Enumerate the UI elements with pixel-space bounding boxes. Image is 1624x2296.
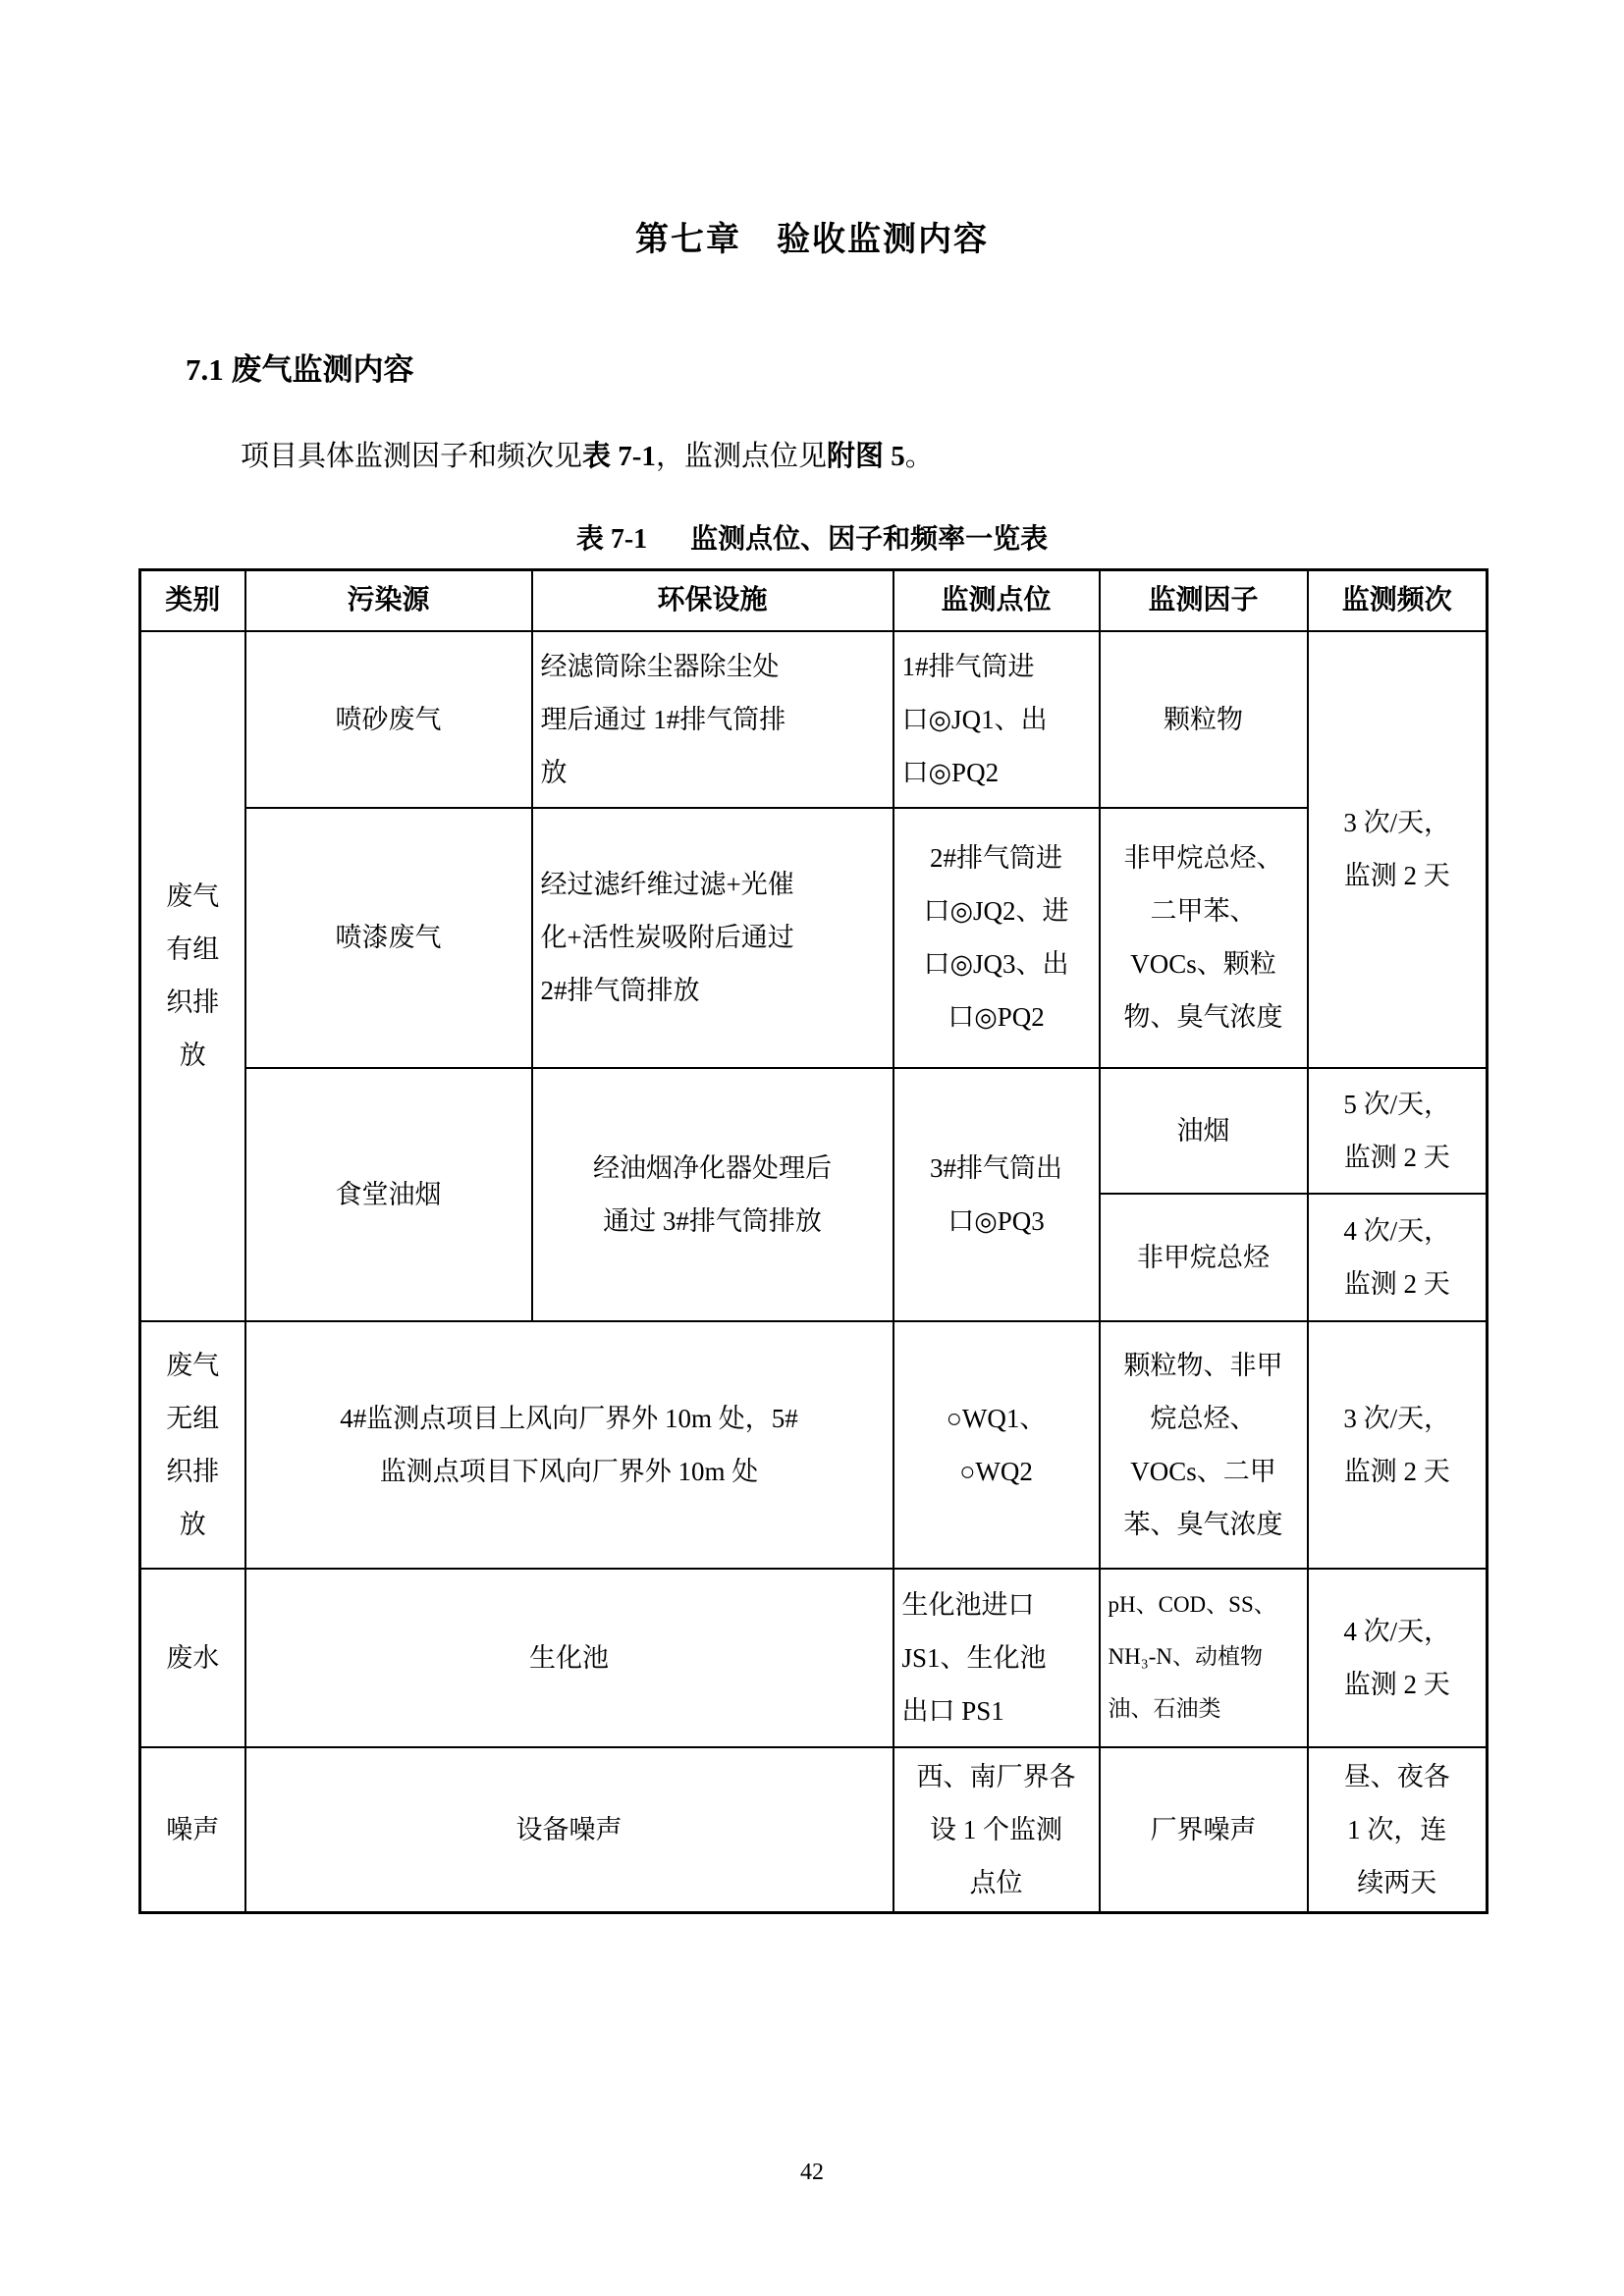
cell-factor-fugitive: 颗粒物、非甲 烷总烃、 VOCs、二甲 苯、臭气浓度 bbox=[1100, 1321, 1308, 1569]
cell-point-stack3: 3#排气筒出 口◎PQ3 bbox=[893, 1068, 1100, 1321]
cell-facility-canteen-fume: 经油烟净化器处理后 通过 3#排气筒排放 bbox=[532, 1068, 893, 1321]
cell-freq-oil-fume: 5 次/天， 监测 2 天 bbox=[1308, 1068, 1488, 1194]
cell-factor-spray-paint: 非甲烷总烃、 二甲苯、 VOCs、颗粒 物、臭气浓度 bbox=[1100, 808, 1308, 1068]
intro-paragraph: 项目具体监测因子和频次见表 7-1，监测点位见附图 5。 bbox=[138, 434, 1486, 474]
cell-point-stack1: 1#排气筒进 口◎JQ1、出 口◎PQ2 bbox=[893, 631, 1100, 808]
cell-category-noise: 噪声 bbox=[140, 1747, 245, 1913]
table-caption-label: 表 7-1 bbox=[576, 524, 647, 555]
page-content: 第七章 验收监测内容 7.1 废气监测内容 项目具体监测因子和频次见表 7-1，… bbox=[138, 0, 1486, 1914]
header-monitor-factor: 监测因子 bbox=[1100, 570, 1308, 631]
cell-source-equipment-noise: 设备噪声 bbox=[245, 1747, 893, 1913]
intro-table-ref: 表 7-1 bbox=[582, 441, 656, 472]
cell-category-wastewater: 废水 bbox=[140, 1569, 245, 1747]
intro-figure-ref: 附图 5 bbox=[827, 441, 905, 472]
cell-source-spray-paint: 喷漆废气 bbox=[245, 808, 532, 1068]
cell-factor-boundary-noise: 厂界噪声 bbox=[1100, 1747, 1308, 1913]
cell-location-fugitive: 4#监测点项目上风向厂界外 10m 处，5# 监测点项目下风向厂界外 10m 处 bbox=[245, 1321, 893, 1569]
header-category: 类别 bbox=[140, 570, 245, 631]
intro-text-mid: ，监测点位见 bbox=[656, 441, 827, 472]
cell-point-stack2: 2#排气筒进 口◎JQ2、进 口◎JQ3、出 口◎PQ2 bbox=[893, 808, 1100, 1068]
intro-text-end: 。 bbox=[905, 441, 934, 472]
cell-facility-spray-paint: 经过滤纤维过滤+光催 化+活性炭吸附后通过 2#排气筒排放 bbox=[532, 808, 893, 1068]
cell-source-biochemical-pool: 生化池 bbox=[245, 1569, 893, 1747]
header-monitor-frequency: 监测频次 bbox=[1308, 570, 1488, 631]
cell-factor-wastewater: pH、COD、SS、 NH₃-N、动植物 油、石油类 bbox=[1100, 1569, 1308, 1747]
chapter-title: 第七章 验收监测内容 bbox=[138, 212, 1486, 260]
cell-point-boundary: 西、南厂界各 设 1 个监测 点位 bbox=[893, 1747, 1100, 1913]
table-header-row: 类别 污染源 环保设施 监测点位 监测因子 监测频次 bbox=[140, 570, 1488, 631]
table-row-spray-paint: 喷漆废气 经过滤纤维过滤+光催 化+活性炭吸附后通过 2#排气筒排放 2#排气筒… bbox=[140, 808, 1488, 1068]
page-number: 42 bbox=[0, 2160, 1624, 2186]
cell-point-wq: ○WQ1、 ○WQ2 bbox=[893, 1321, 1100, 1569]
table-row-sandblast: 废气 有组 织排 放 喷砂废气 经滤筒除尘器除尘处 理后通过 1#排气筒排 放 … bbox=[140, 631, 1488, 808]
table-row-fugitive-gas: 废气 无组 织排 放 4#监测点项目上风向厂界外 10m 处，5# 监测点项目下… bbox=[140, 1321, 1488, 1569]
intro-text-pre: 项目具体监测因子和频次见 bbox=[241, 441, 582, 472]
cell-point-js1-ps1: 生化池进口 JS1、生化池 出口 PS1 bbox=[893, 1569, 1100, 1747]
monitoring-table: 类别 污染源 环保设施 监测点位 监测因子 监测频次 废气 有组 织排 放 喷砂… bbox=[138, 568, 1489, 1914]
table-row-noise: 噪声 设备噪声 西、南厂界各 设 1 个监测 点位 厂界噪声 昼、夜各 1 次，… bbox=[140, 1747, 1488, 1913]
cell-facility-sandblast: 经滤筒除尘器除尘处 理后通过 1#排气筒排 放 bbox=[532, 631, 893, 808]
table-row-wastewater: 废水 生化池 生化池进口 JS1、生化池 出口 PS1 pH、COD、SS、 N… bbox=[140, 1569, 1488, 1747]
document-page: { "page": { "chapter_title": "第七章 验收监测内容… bbox=[0, 0, 1624, 2296]
section-heading: 7.1 废气监测内容 bbox=[138, 345, 1486, 389]
cell-freq-wastewater: 4 次/天， 监测 2 天 bbox=[1308, 1569, 1488, 1747]
header-pollution-source: 污染源 bbox=[245, 570, 532, 631]
cell-factor-particulate: 颗粒物 bbox=[1100, 631, 1308, 808]
cell-freq-nmhc: 4 次/天， 监测 2 天 bbox=[1308, 1194, 1488, 1321]
cell-factor-oil-fume: 油烟 bbox=[1100, 1068, 1308, 1194]
cell-category-fugitive-gas: 废气 无组 织排 放 bbox=[140, 1321, 245, 1569]
cell-category-organized-gas: 废气 有组 织排 放 bbox=[140, 631, 245, 1321]
table-caption-title: 监测点位、因子和频率一览表 bbox=[690, 524, 1048, 555]
table-caption: 表 7-1监测点位、因子和频率一览表 bbox=[138, 517, 1486, 557]
table-row-canteen-fume-a: 食堂油烟 经油烟净化器处理后 通过 3#排气筒排放 3#排气筒出 口◎PQ3 油… bbox=[140, 1068, 1488, 1194]
cell-freq-rows1-2: 3 次/天， 监测 2 天 bbox=[1308, 631, 1488, 1068]
cell-freq-noise: 昼、夜各 1 次，连 续两天 bbox=[1308, 1747, 1488, 1913]
header-monitor-point: 监测点位 bbox=[893, 570, 1100, 631]
header-env-facility: 环保设施 bbox=[532, 570, 893, 631]
cell-source-sandblast: 喷砂废气 bbox=[245, 631, 532, 808]
cell-freq-fugitive: 3 次/天， 监测 2 天 bbox=[1308, 1321, 1488, 1569]
cell-factor-nmhc: 非甲烷总烃 bbox=[1100, 1194, 1308, 1321]
cell-source-canteen-fume: 食堂油烟 bbox=[245, 1068, 532, 1321]
